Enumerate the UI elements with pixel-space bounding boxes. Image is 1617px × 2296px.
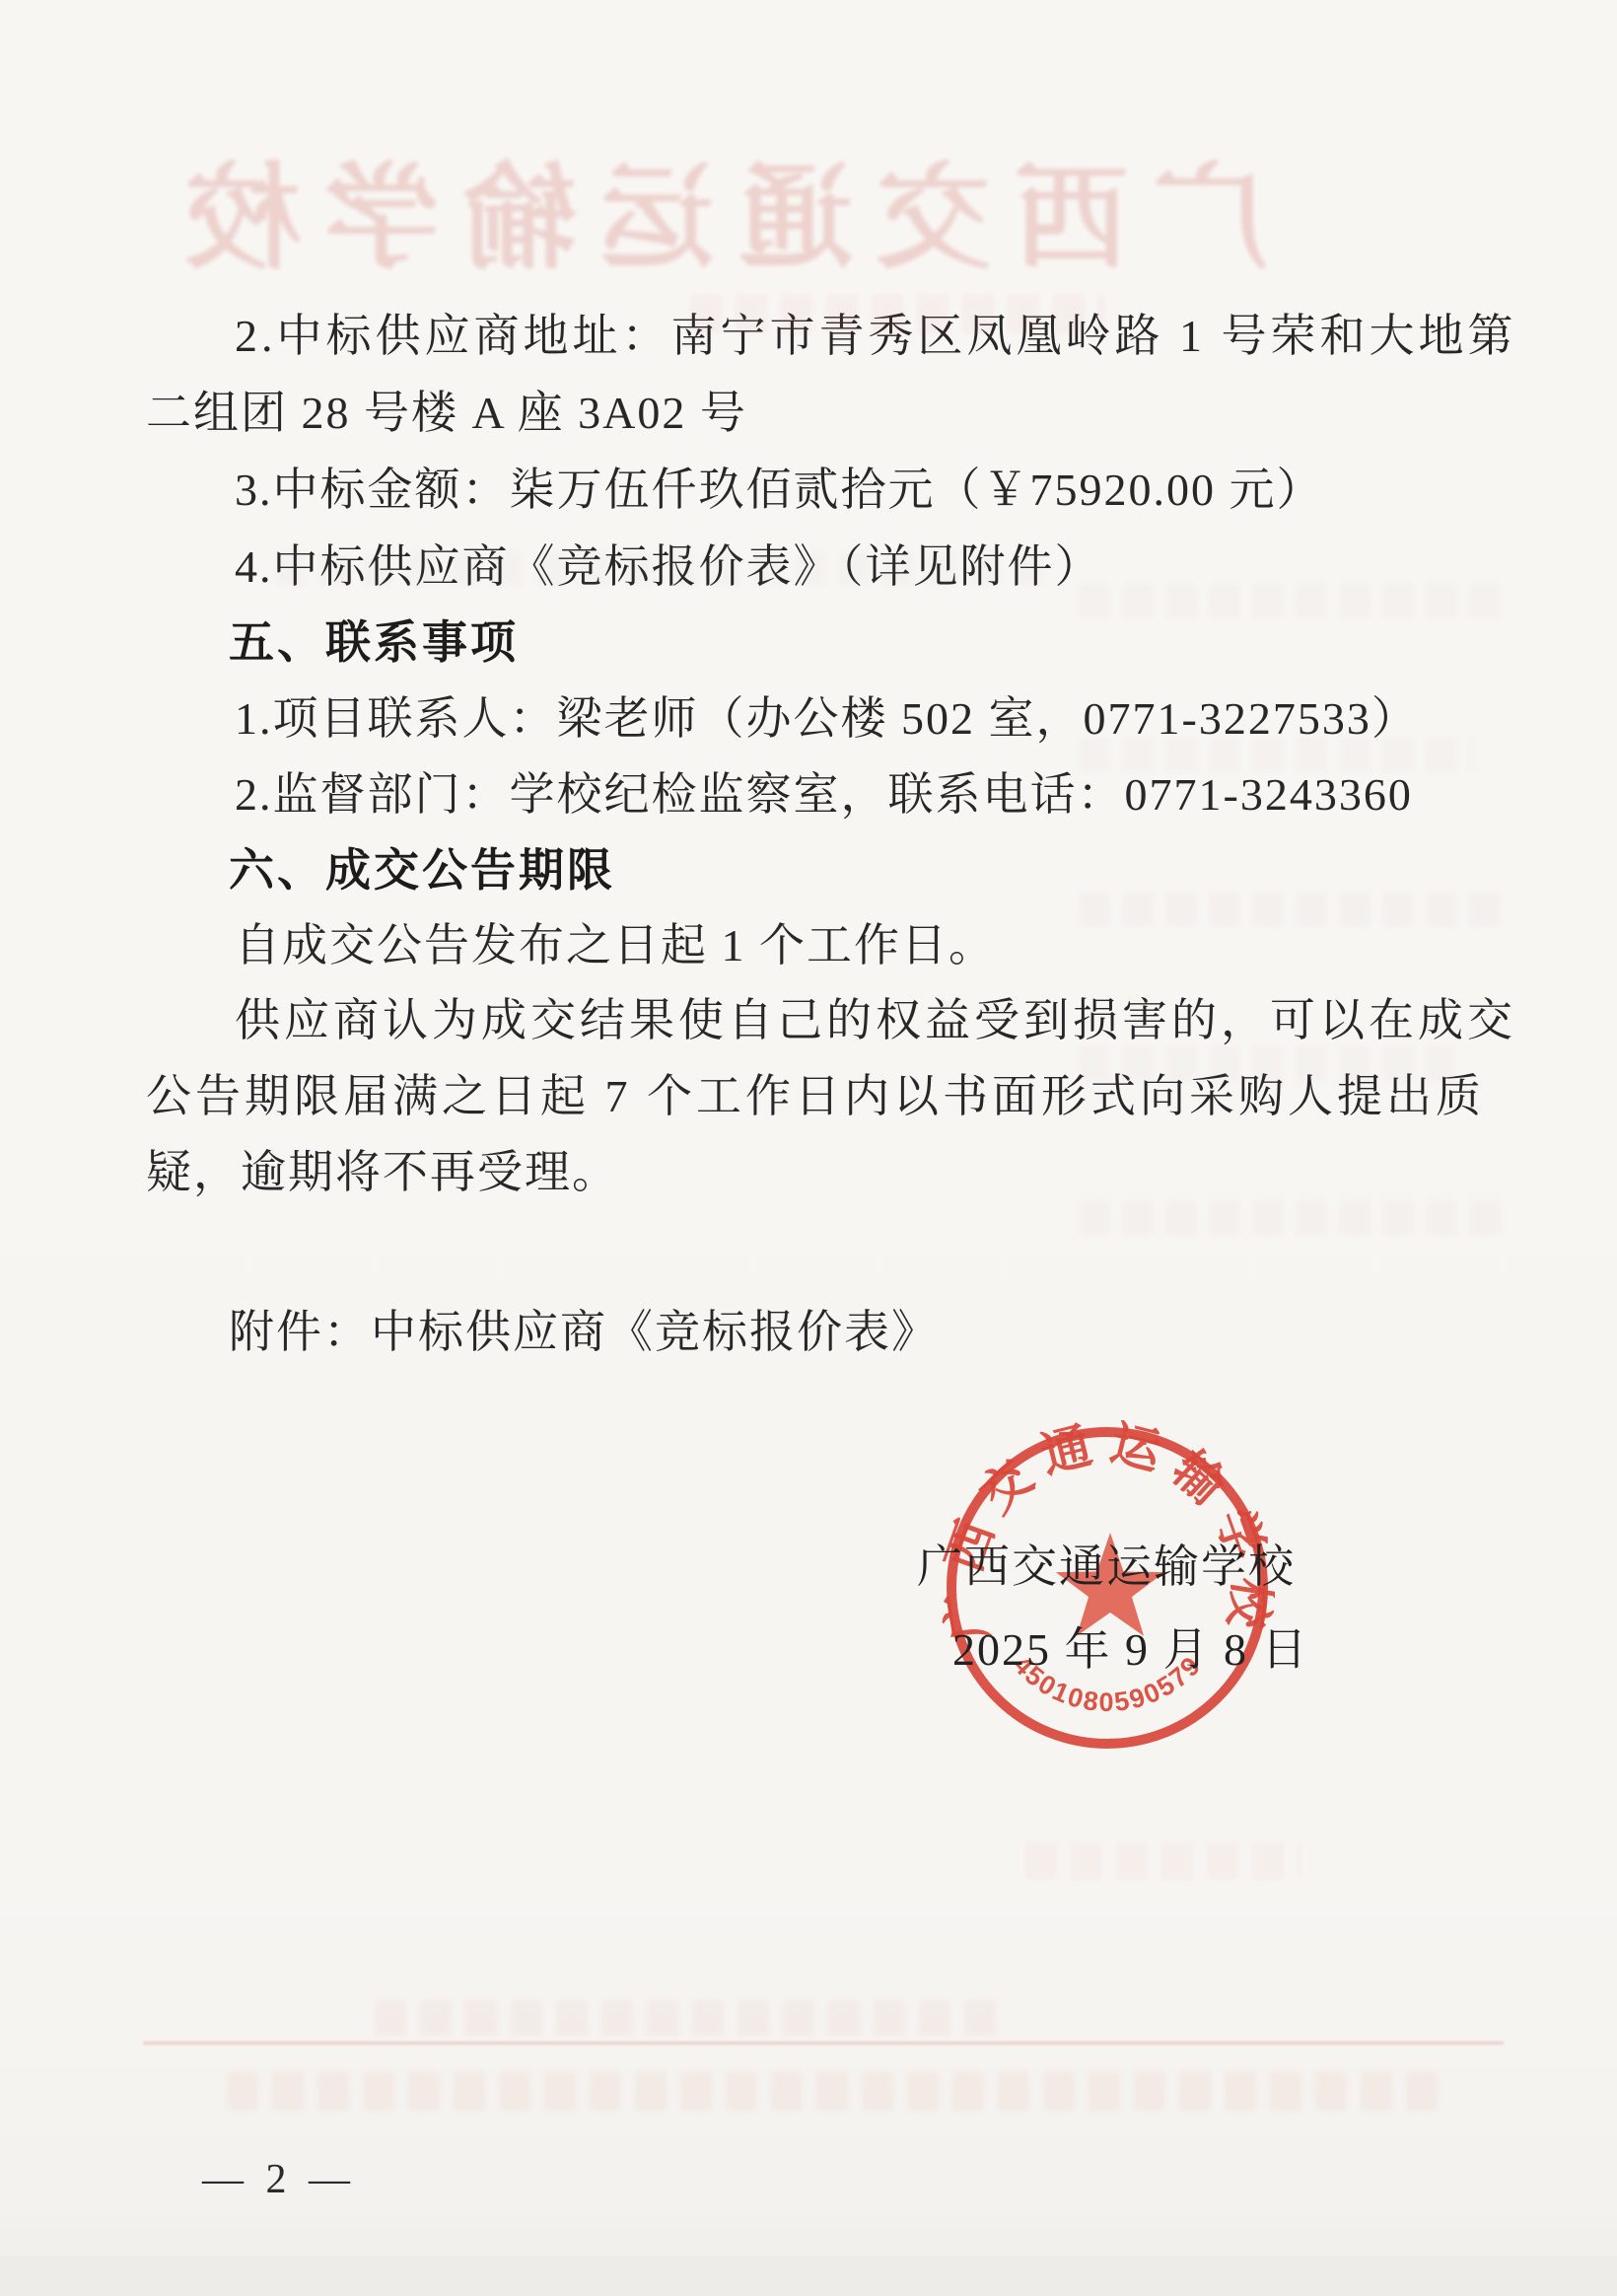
bleedthrough-row: [1080, 738, 1474, 771]
doc-line: 二组团 28 号楼 A 座 3A02 号: [146, 385, 747, 442]
doc-line: 自成交公告发布之日起 1 个工作日。: [235, 917, 996, 974]
doc-line: 疑，逾期将不再受理。: [146, 1144, 619, 1201]
bleedthrough-letterhead-title: 广西交通运输学校: [163, 126, 1267, 264]
scan-shadow-band: [0, 2257, 1617, 2296]
doc-heading-period: 六、成交公告期限: [229, 841, 615, 898]
attachment-line: 附件：中标供应商《竞标报价表》: [229, 1304, 939, 1361]
bleedthrough-row: [690, 294, 1104, 333]
doc-line: 供应商认为成交结果使自己的权益受到损害的，可以在成交: [235, 992, 1516, 1049]
doc-heading-contact: 五、联系事项: [229, 613, 519, 671]
bleedthrough-rule: [143, 2042, 1504, 2045]
scanned-document-page: 广西交通运输学校 2.中标供应商地址：南宁市青秀区凤凰岭路 1 号荣和大地第 二…: [0, 0, 1617, 2296]
doc-line: 3.中标金额：柒万伍仟玖佰贰拾元（￥75920.00 元）: [235, 462, 1324, 519]
bleedthrough-row: [227, 2071, 1449, 2111]
page-number: — 2 —: [202, 2156, 356, 2203]
bleedthrough-row: [1080, 584, 1513, 617]
bleedthrough-row: [1080, 1201, 1513, 1235]
signature-organization: 广西交通运输学校: [917, 1531, 1296, 1596]
bleedthrough-row: [375, 2000, 1006, 2036]
doc-line: 2.监督部门：学校纪检监察室，联系电话：0771-3243360: [235, 766, 1413, 824]
signature-date: 2025 年 9 月 8 日: [952, 1614, 1309, 1679]
bleedthrough-row: [276, 552, 1045, 586]
bleedthrough-row: [1080, 1047, 1454, 1081]
bleedthrough-row: [1080, 893, 1513, 926]
bleedthrough-row: [1025, 1842, 1301, 1880]
